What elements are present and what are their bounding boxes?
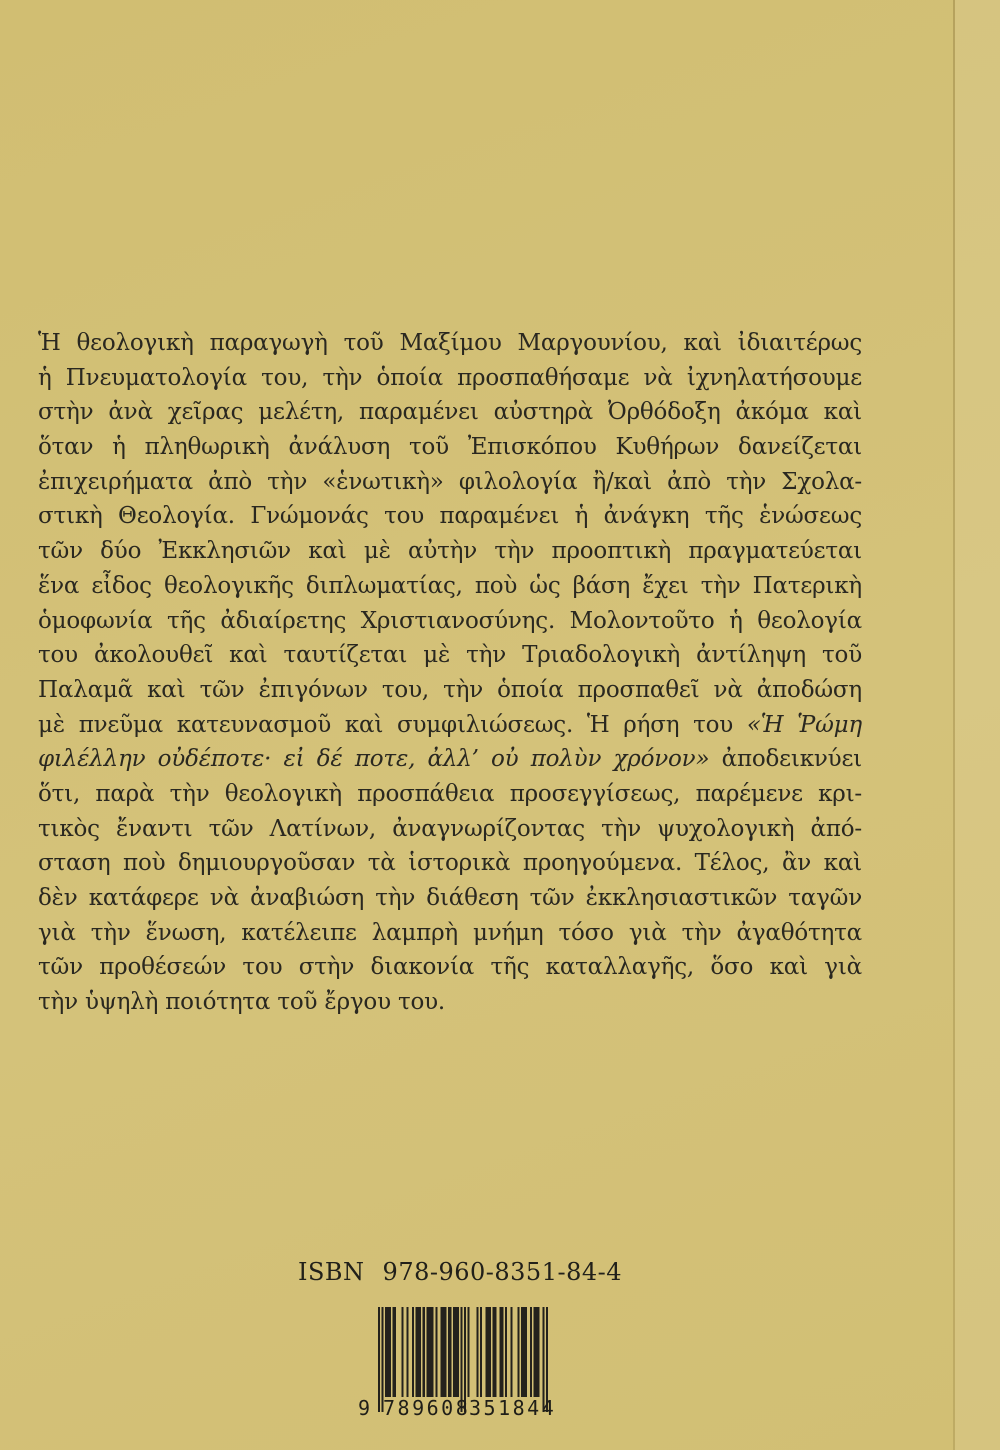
text-segment: δὲν κατάφερε νὰ ἀναβιώση τὴν διάθεση τῶν…	[38, 885, 862, 911]
isbn-number: 978-960-8351-84-4	[383, 1258, 622, 1286]
text-segment: ἡ Πνευματολογία του, τὴν ὁποία προσπαθήσ…	[38, 365, 862, 391]
text-line: γιὰ τὴν ἕνωση, κατέλειπε λαμπρὴ μνήμη τό…	[38, 916, 862, 951]
text-segment: ἀποδεικνύει	[709, 746, 862, 772]
text-segment: τὴν ὑψηλὴ ποιότητα τοῦ ἔργου του.	[38, 989, 445, 1015]
text-line: στὴν ἀνὰ χεῖρας μελέτη, παραμένει αὐστηρ…	[38, 395, 862, 430]
text-line: τικὸς ἔναντι τῶν Λατίνων, ἀναγνωρίζοντας…	[38, 812, 862, 847]
text-line: Παλαμᾶ καὶ τῶν ἐπιγόνων του, τὴν ὁποία π…	[38, 673, 862, 708]
text-segment: στὴν ἀνὰ χεῖρας μελέτη, παραμένει αὐστηρ…	[38, 399, 862, 425]
text-line: ὁμοφωνία τῆς ἀδιαίρετης Χριστιανοσύνης. …	[38, 604, 862, 639]
barcode-digits-right: 351844	[469, 1396, 556, 1420]
text-segment-italic-quote: φιλέλλην οὐδέποτε· εἰ δέ ποτε, ἀλλ’ οὐ π…	[38, 746, 709, 772]
book-back-cover: { "page": { "background_color": "#d2bf74…	[0, 0, 1000, 1450]
text-line: σταση ποὺ δημιουργοῦσαν τὰ ἱστορικὰ προη…	[38, 846, 862, 881]
text-segment: τικὸς ἔναντι τῶν Λατίνων, ἀναγνωρίζοντας…	[38, 816, 862, 842]
barcode-digit-prefix: 9	[358, 1396, 373, 1420]
text-line: φιλέλλην οὐδέποτε· εἰ δέ ποτε, ἀλλ’ οὐ π…	[38, 742, 862, 777]
text-line: Ἡ θεολογικὴ παραγωγὴ τοῦ Μαξίμου Μαργουν…	[38, 326, 862, 361]
text-segment: τῶν δύο Ἐκκλησιῶν καὶ μὲ αὐτὴν τὴν προοπ…	[38, 538, 862, 564]
text-line: ὅταν ἡ πληθωρικὴ ἀνάλυση τοῦ Ἐπισκόπου Κ…	[38, 430, 862, 465]
text-line: του ἀκολουθεῖ καὶ ταυτίζεται μὲ τὴν Τρια…	[38, 638, 862, 673]
text-segment: του ἀκολουθεῖ καὶ ταυτίζεται μὲ τὴν Τρια…	[38, 642, 862, 668]
text-segment: ὅτι, παρὰ τὴν θεολογικὴ προσπάθεια προσε…	[38, 781, 862, 807]
text-segment: στικὴ Θεολογία. Γνώμονάς του παραμένει ἡ…	[38, 503, 862, 529]
text-segment: ἕνα εἶδος θεολογικῆς διπλωματίας, ποὺ ὡς…	[38, 573, 862, 599]
text-segment: ὁμοφωνία τῆς ἀδιαίρετης Χριστιανοσύνης. …	[38, 608, 862, 634]
text-line: ὅτι, παρὰ τὴν θεολογικὴ προσπάθεια προσε…	[38, 777, 862, 812]
text-line: τὴν ὑψηλὴ ποιότητα τοῦ ἔργου του.	[38, 985, 862, 1020]
text-segment: Παλαμᾶ καὶ τῶν ἐπιγόνων του, τὴν ὁποία π…	[38, 677, 862, 703]
text-line: τῶν προθέσεών του στὴν διακονία τῆς κατα…	[38, 950, 862, 985]
text-line: ἕνα εἶδος θεολογικῆς διπλωματίας, ποὺ ὡς…	[38, 569, 862, 604]
text-line: ἐπιχειρήματα ἀπὸ τὴν «ἑνωτικὴ» φιλολογία…	[38, 465, 862, 500]
blurb-text-block: Ἡ θεολογικὴ παραγωγὴ τοῦ Μαξίμου Μαργουν…	[38, 326, 862, 1020]
text-segment: γιὰ τὴν ἕνωση, κατέλειπε λαμπρὴ μνήμη τό…	[38, 920, 862, 946]
text-line: δὲν κατάφερε νὰ ἀναβιώση τὴν διάθεση τῶν…	[38, 881, 862, 916]
text-segment: ἐπιχειρήματα ἀπὸ τὴν «ἑνωτικὴ» φιλολογία…	[38, 469, 862, 495]
text-line: μὲ πνεῦμα κατευνασμοῦ καὶ συμφιλιώσεως. …	[38, 708, 862, 743]
spine-strip	[955, 0, 1000, 1450]
text-segment: σταση ποὺ δημιουργοῦσαν τὰ ἱστορικὰ προη…	[38, 850, 862, 876]
text-line: στικὴ Θεολογία. Γνώμονάς του παραμένει ἡ…	[38, 499, 862, 534]
text-segment: μὲ πνεῦμα κατευνασμοῦ καὶ συμφιλιώσεως. …	[38, 712, 747, 738]
isbn-label: ISBN	[298, 1258, 365, 1286]
text-segment-italic-quote: «Ἡ Ῥώμη	[747, 712, 862, 738]
text-segment: ὅταν ἡ πληθωρικὴ ἀνάλυση τοῦ Ἐπισκόπου Κ…	[38, 434, 862, 460]
isbn-line: ISBN978-960-8351-84-4	[0, 1258, 920, 1286]
text-line: ἡ Πνευματολογία του, τὴν ὁποία προσπαθήσ…	[38, 361, 862, 396]
text-segment: Ἡ θεολογικὴ παραγωγὴ τοῦ Μαξίμου Μαργουν…	[38, 330, 862, 356]
barcode-digits-left: 789608	[383, 1396, 470, 1420]
text-segment: τῶν προθέσεών του στὴν διακονία τῆς κατα…	[38, 954, 862, 980]
text-line: τῶν δύο Ἐκκλησιῶν καὶ μὲ αὐτὴν τὴν προοπ…	[38, 534, 862, 569]
